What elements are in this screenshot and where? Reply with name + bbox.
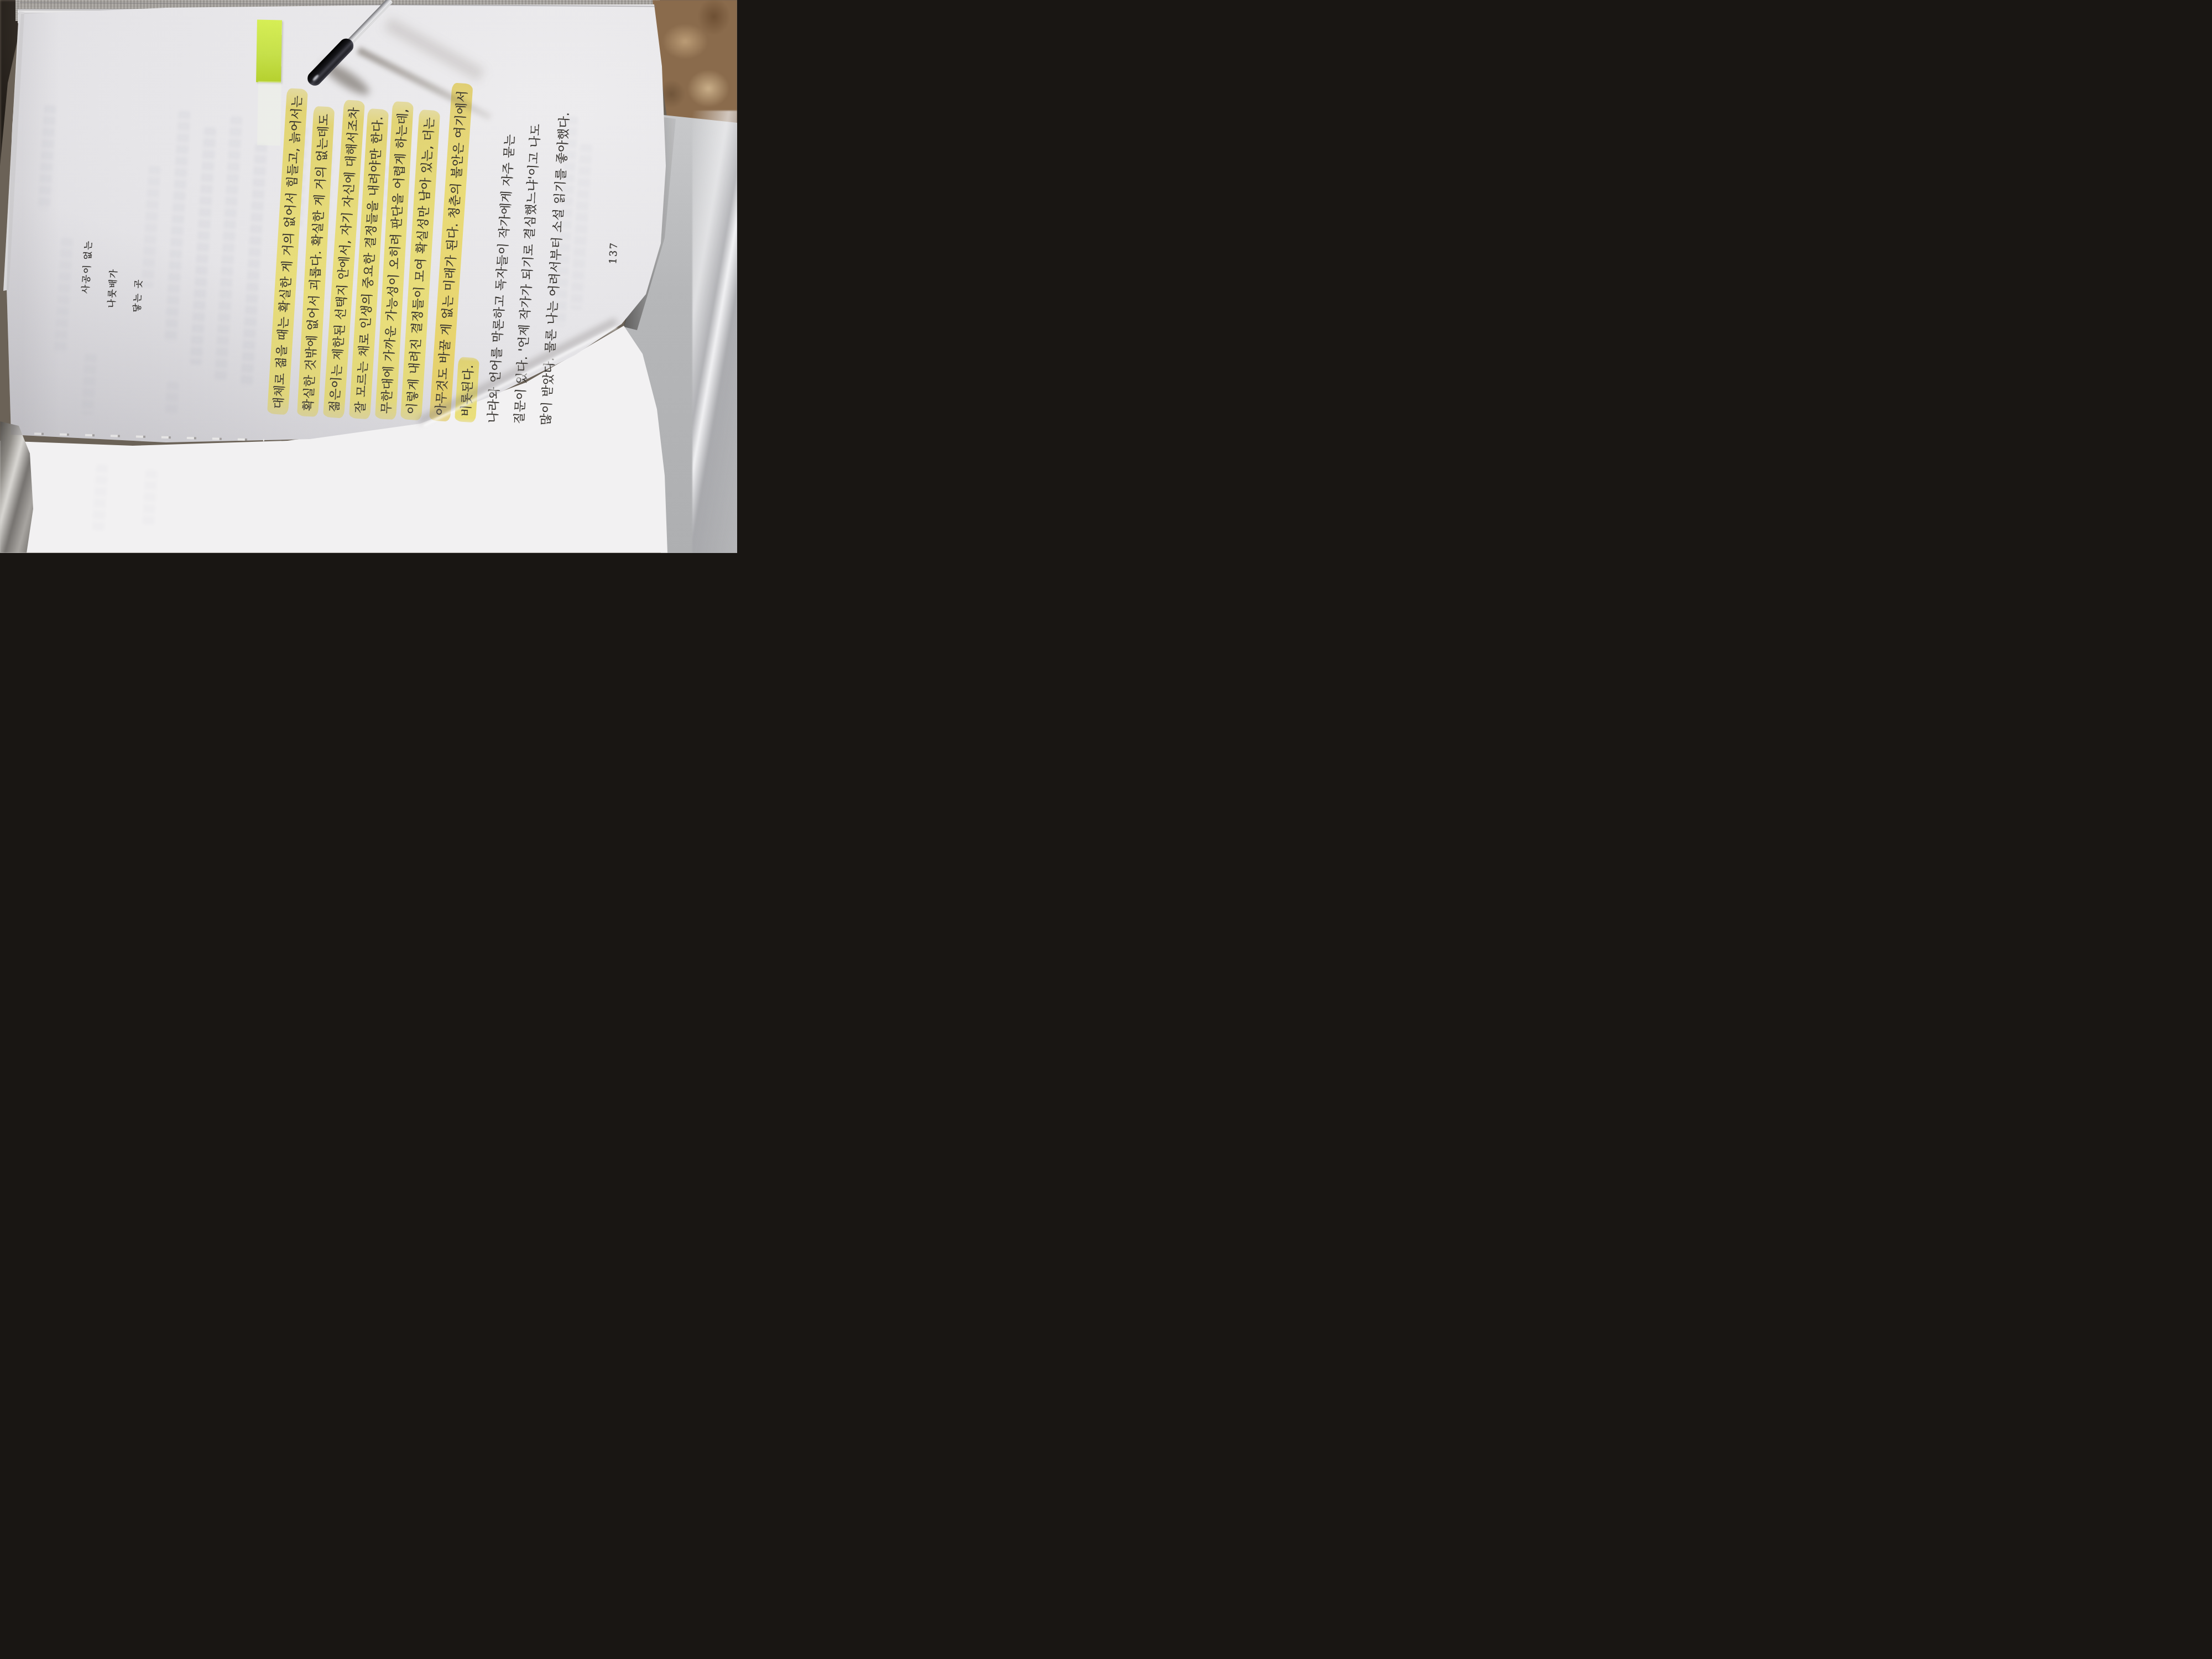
- sticky-tab-clear-end: [257, 81, 281, 146]
- showthrough-column: [165, 381, 179, 415]
- sticky-tab: [256, 20, 282, 83]
- acrylic-trim: [692, 111, 737, 553]
- book-photo: 사공이 없는 나룻배가 닿는 곳 대체로 젊을 때는 확실한 게 거의 없어서 …: [0, 0, 737, 553]
